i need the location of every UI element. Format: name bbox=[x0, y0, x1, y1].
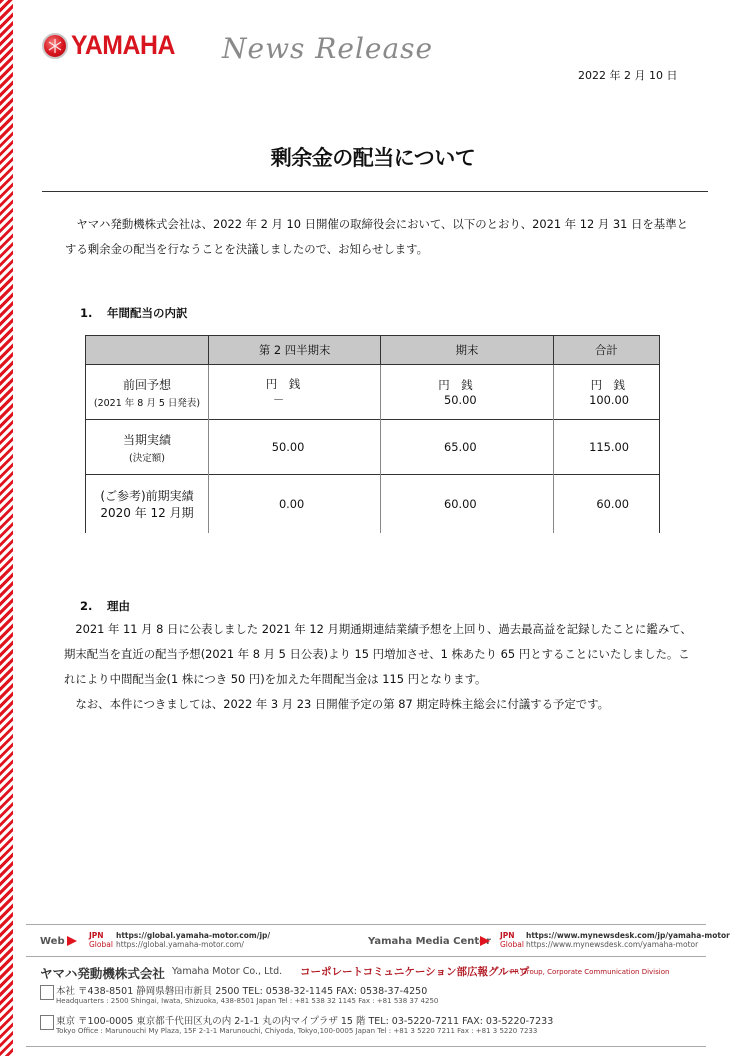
checkbox-square-icon bbox=[40, 1015, 54, 1030]
release-date: 2022 年 2 月 10 日 bbox=[578, 67, 677, 83]
row-label: 当期実績 (決定額) bbox=[86, 420, 209, 475]
tuning-fork-emblem-icon bbox=[42, 33, 68, 59]
table-cell: 60.00 bbox=[381, 475, 553, 534]
jpn-tag: JPN bbox=[500, 931, 524, 940]
column-header-year-end: 期末 bbox=[381, 336, 553, 365]
web-label: Web bbox=[40, 936, 65, 947]
table-cell: 円 銭 － bbox=[209, 365, 381, 420]
title-divider bbox=[42, 191, 708, 192]
web-jpn-link[interactable]: https://global.yamaha-motor.com/jp/ bbox=[116, 931, 270, 940]
section-number: 2. bbox=[80, 599, 107, 613]
footer-divider bbox=[26, 924, 706, 925]
column-header-total: 合計 bbox=[553, 336, 659, 365]
cell-value: 50.00 bbox=[210, 440, 304, 454]
pr-division-ja: コーポレートコミュニケーション部広報グループ bbox=[300, 964, 529, 979]
row-label-sub: 2020 年 12 月期 bbox=[87, 504, 207, 521]
row-label: (ご参考)前期実績 2020 年 12 月期 bbox=[86, 475, 209, 534]
page-title: 剰余金の配当について bbox=[0, 142, 746, 172]
footer-divider bbox=[26, 956, 706, 957]
media-region-tags: JPN Global bbox=[500, 931, 524, 949]
cell-value: 60.00 bbox=[382, 497, 476, 511]
section-title: 年間配当の内訳 bbox=[107, 306, 188, 320]
global-tag: Global bbox=[500, 940, 524, 949]
table-cell: 円 銭 50.00 bbox=[381, 365, 553, 420]
web-region-tags: JPN Global bbox=[89, 931, 113, 949]
section-number: 1. bbox=[80, 306, 107, 320]
cell-value: 0.00 bbox=[210, 497, 304, 511]
row-label: 前回予想 (2021 年 8 月 5 日発表) bbox=[86, 365, 209, 420]
section-2-heading: 2.理由 bbox=[80, 598, 130, 614]
footer-divider bbox=[26, 1046, 706, 1047]
unit-label: 円 銭 bbox=[382, 377, 476, 393]
company-name-ja: ヤマハ発動機株式会社 bbox=[40, 964, 165, 982]
table-cell: 0.00 bbox=[209, 475, 381, 534]
media-global-link[interactable]: https://www.mynewsdesk.com/yamaha-motor bbox=[526, 940, 730, 949]
row-label-main: (ご参考)前期実績 bbox=[87, 487, 207, 504]
dividend-table: 第 2 四半期末 期末 合計 前回予想 (2021 年 8 月 5 日発表) 円… bbox=[85, 335, 660, 533]
row-label-main: 前回予想 bbox=[87, 376, 207, 393]
jpn-tag: JPN bbox=[89, 931, 113, 940]
cell-value: 65.00 bbox=[382, 440, 476, 454]
table-row: (ご参考)前期実績 2020 年 12 月期 0.00 60.00 60.00 bbox=[86, 475, 660, 534]
table-header-row: 第 2 四半期末 期末 合計 bbox=[86, 336, 660, 365]
intro-paragraph: ヤマハ発動機株式会社は、2022 年 2 月 10 日開催の取締役会において、以… bbox=[65, 212, 695, 262]
reason-paragraphs: 2021 年 11 月 8 日に公表しました 2021 年 12 月期通期連結業… bbox=[64, 617, 694, 717]
table-cell: 65.00 bbox=[381, 420, 553, 475]
play-arrow-icon bbox=[67, 936, 77, 946]
unit-label: 円 銭 bbox=[210, 376, 304, 392]
intro-text: ヤマハ発動機株式会社は、2022 年 2 月 10 日開催の取締役会において、以… bbox=[65, 212, 695, 262]
brand-wordmark: YAMAHA bbox=[71, 30, 175, 61]
reason-text: 2021 年 11 月 8 日に公表しました 2021 年 12 月期通期連結業… bbox=[64, 617, 694, 692]
news-release-script: News Release bbox=[222, 32, 433, 65]
table-cell: 円 銭 100.00 bbox=[553, 365, 659, 420]
global-tag: Global bbox=[89, 940, 113, 949]
cell-value: － bbox=[210, 392, 304, 408]
cell-value: 60.00 bbox=[555, 497, 629, 511]
table-row: 前回予想 (2021 年 8 月 5 日発表) 円 銭 － 円 銭 50.00 … bbox=[86, 365, 660, 420]
cell-value: 100.00 bbox=[555, 393, 629, 407]
company-name-en: Yamaha Motor Co., Ltd. bbox=[172, 966, 282, 977]
table-row: 当期実績 (決定額) 50.00 65.00 115.00 bbox=[86, 420, 660, 475]
column-header-q2: 第 2 四半期末 bbox=[209, 336, 381, 365]
row-label-sub: (2021 年 8 月 5 日発表) bbox=[87, 395, 207, 409]
web-urls: https://global.yamaha-motor.com/jp/ http… bbox=[116, 931, 270, 949]
yamaha-logo: YAMAHA bbox=[42, 30, 184, 61]
cell-value: 50.00 bbox=[382, 393, 476, 407]
table-cell: 50.00 bbox=[209, 420, 381, 475]
section-1-heading: 1.年間配当の内訳 bbox=[80, 305, 188, 321]
row-label-sub: (決定額) bbox=[87, 450, 207, 464]
unit-label: 円 銭 bbox=[555, 377, 629, 393]
media-urls: https://www.mynewsdesk.com/jp/yamaha-mot… bbox=[526, 931, 730, 949]
agm-note-text: なお、本件につきましては、2022 年 3 月 23 日開催予定の第 87 期定… bbox=[64, 692, 694, 717]
web-global-link[interactable]: https://global.yamaha-motor.com/ bbox=[116, 940, 270, 949]
play-arrow-icon bbox=[480, 936, 490, 946]
pr-division-en: PR Group, Corporate Communication Divisi… bbox=[510, 968, 669, 976]
tokyo-address-ja: 東京 〒100-0005 東京都千代田区丸の内 2-1-1 丸の内マイプラザ 1… bbox=[56, 1013, 553, 1027]
checkbox-square-icon bbox=[40, 985, 54, 1000]
hq-address-en: Headquarters : 2500 Shingai, Iwata, Shiz… bbox=[56, 997, 438, 1005]
media-jpn-link[interactable]: https://www.mynewsdesk.com/jp/yamaha-mot… bbox=[526, 931, 730, 940]
section-title: 理由 bbox=[107, 599, 130, 613]
table-cell: 115.00 bbox=[553, 420, 659, 475]
tokyo-address-en: Tokyo Office : Marunouchi My Plaza, 15F … bbox=[56, 1027, 537, 1035]
column-header bbox=[86, 336, 209, 365]
media-center-label: Yamaha Media Center bbox=[368, 936, 491, 947]
table-cell: 60.00 bbox=[553, 475, 659, 534]
hq-address-ja: 本社 〒438-8501 静岡県磐田市新貝 2500 TEL: 0538-32-… bbox=[56, 983, 427, 997]
row-label-main: 当期実績 bbox=[87, 431, 207, 448]
cell-value: 115.00 bbox=[555, 440, 629, 454]
